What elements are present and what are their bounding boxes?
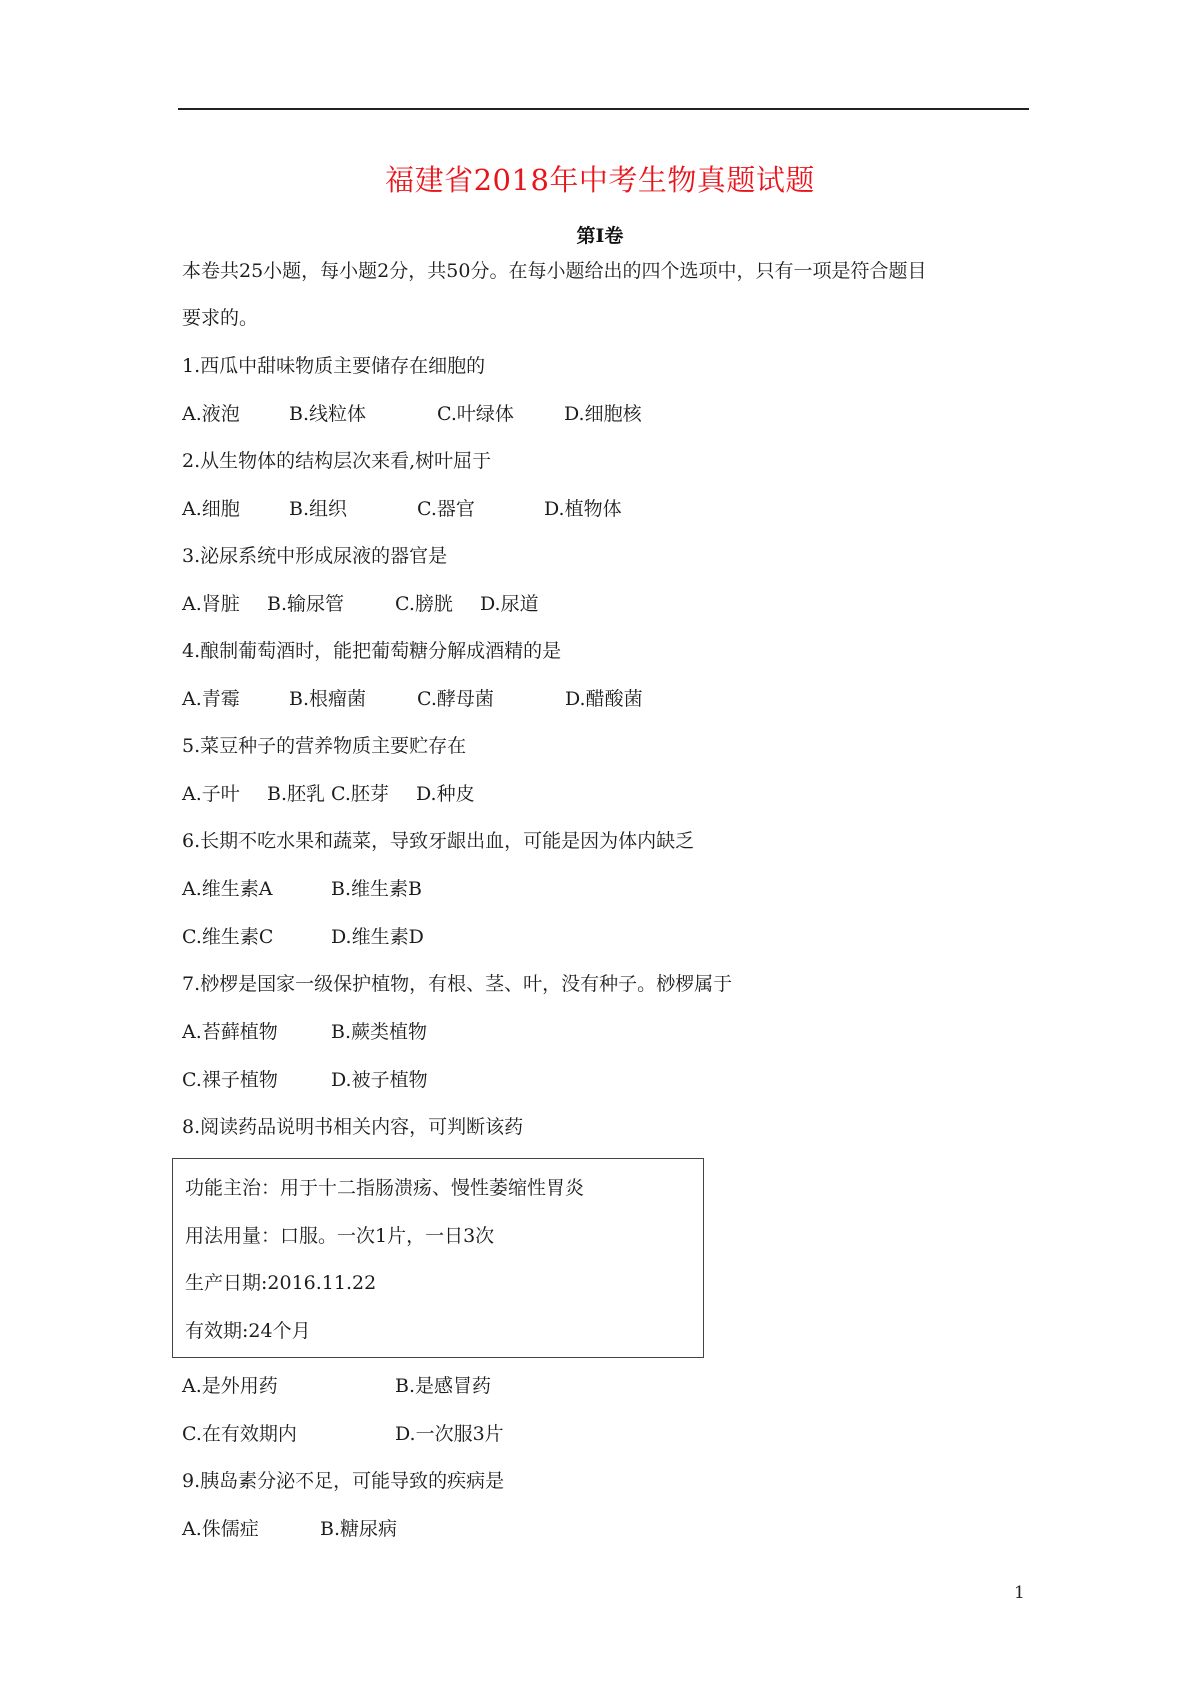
question-stem: 2.从生物体的结构层次来看,树叶屈于 [182, 446, 491, 473]
question-options: A.子叶 B.胚乳 C.胚芽 D.种皮 [182, 779, 475, 806]
question-stem: 8.阅读药品说明书相关内容，可判断该药 [182, 1112, 523, 1139]
option-a: A.液泡 [182, 399, 289, 426]
option-b: B.蕨类植物 [331, 1017, 427, 1044]
section-title: 第Ⅰ卷 [0, 221, 1200, 248]
option-b: B.胚乳 [267, 779, 331, 806]
medicine-production-date: 生产日期:2016.11.22 [185, 1268, 376, 1295]
option-a: A.青霉 [182, 684, 289, 711]
question-stem: 6.长期不吃水果和蔬菜，导致牙龈出血，可能是因为体内缺乏 [182, 826, 694, 853]
option-c: C.器官 [417, 494, 544, 521]
question-options: A.侏儒症 B.糖尿病 [182, 1514, 397, 1541]
question-stem: 4.酿制葡萄酒时，能把葡萄糖分解成酒精的是 [182, 636, 561, 663]
option-a: A.子叶 [182, 779, 267, 806]
question-options: A.是外用药 B.是感冒药 [182, 1371, 491, 1398]
option-d: D.维生素D [331, 922, 424, 949]
option-a: A.侏儒症 [182, 1514, 320, 1541]
option-b: B.根瘤菌 [289, 684, 417, 711]
medicine-expiry: 有效期:24个月 [185, 1316, 311, 1343]
option-d: D.被子植物 [331, 1065, 428, 1092]
medicine-dosage: 用法用量：口服。一次1片，一日3次 [185, 1221, 494, 1248]
question-options: A.青霉 B.根瘤菌 C.酵母菌 D.醋酸菌 [182, 684, 643, 711]
intro-text: 本卷共25小题，每小题2分，共50分。在每小题给出的四个选项中，只有一项是符合题… [182, 256, 926, 283]
question-options: A.液泡 B.线粒体 C.叶绿体 D.细胞核 [182, 399, 642, 426]
option-d: D.一次服3片 [395, 1419, 504, 1446]
option-a: A.细胞 [182, 494, 289, 521]
option-b: B.糖尿病 [320, 1514, 397, 1541]
option-a: A.苔藓植物 [182, 1017, 331, 1044]
question-options: A.苔藓植物 B.蕨类植物 [182, 1017, 427, 1044]
question-stem: 1.西瓜中甜味物质主要储存在细胞的 [182, 351, 485, 378]
option-b: B.线粒体 [289, 399, 437, 426]
question-options: C.裸子植物 D.被子植物 [182, 1065, 428, 1092]
option-b: B.输尿管 [267, 589, 395, 616]
option-c: C.胚芽 [331, 779, 416, 806]
option-d: D.细胞核 [564, 399, 642, 426]
option-b: B.组织 [289, 494, 417, 521]
header-rule [178, 108, 1029, 110]
option-c: C.酵母菌 [417, 684, 565, 711]
option-a: A.维生素A [182, 874, 331, 901]
option-a: A.是外用药 [182, 1371, 395, 1398]
document-title: 福建省2018年中考生物真题试题 [0, 158, 1200, 199]
question-options: C.维生素C D.维生素D [182, 922, 424, 949]
option-c: C.膀胱 [395, 589, 480, 616]
option-d: D.尿道 [480, 589, 539, 616]
option-d: D.植物体 [544, 494, 622, 521]
question-stem: 7.桫椤是国家一级保护植物，有根、茎、叶，没有种子。桫椤属于 [182, 969, 732, 996]
option-d: D.醋酸菌 [565, 684, 643, 711]
option-c: C.在有效期内 [182, 1419, 395, 1446]
option-b: B.是感冒药 [395, 1371, 491, 1398]
page-number: 1 [1014, 1583, 1025, 1603]
option-a: A.肾脏 [182, 589, 267, 616]
question-stem: 3.泌尿系统中形成尿液的器官是 [182, 541, 447, 568]
option-b: B.维生素B [331, 874, 422, 901]
question-stem: 9.胰岛素分泌不足，可能导致的疾病是 [182, 1466, 504, 1493]
question-options: A.细胞 B.组织 C.器官 D.植物体 [182, 494, 622, 521]
question-options: A.维生素A B.维生素B [182, 874, 422, 901]
option-c: C.叶绿体 [437, 399, 564, 426]
option-c: C.裸子植物 [182, 1065, 331, 1092]
option-d: D.种皮 [416, 779, 475, 806]
medicine-label-box: 功能主治：用于十二指肠溃疡、慢性萎缩性胃炎 用法用量：口服。一次1片，一日3次 … [172, 1158, 704, 1358]
question-stem: 5.菜豆种子的营养物质主要贮存在 [182, 731, 466, 758]
medicine-indication: 功能主治：用于十二指肠溃疡、慢性萎缩性胃炎 [185, 1173, 584, 1200]
question-options: A.肾脏 B.输尿管 C.膀胱 D.尿道 [182, 589, 539, 616]
intro-text: 要求的。 [182, 303, 258, 330]
question-options: C.在有效期内 D.一次服3片 [182, 1419, 504, 1446]
option-c: C.维生素C [182, 922, 331, 949]
